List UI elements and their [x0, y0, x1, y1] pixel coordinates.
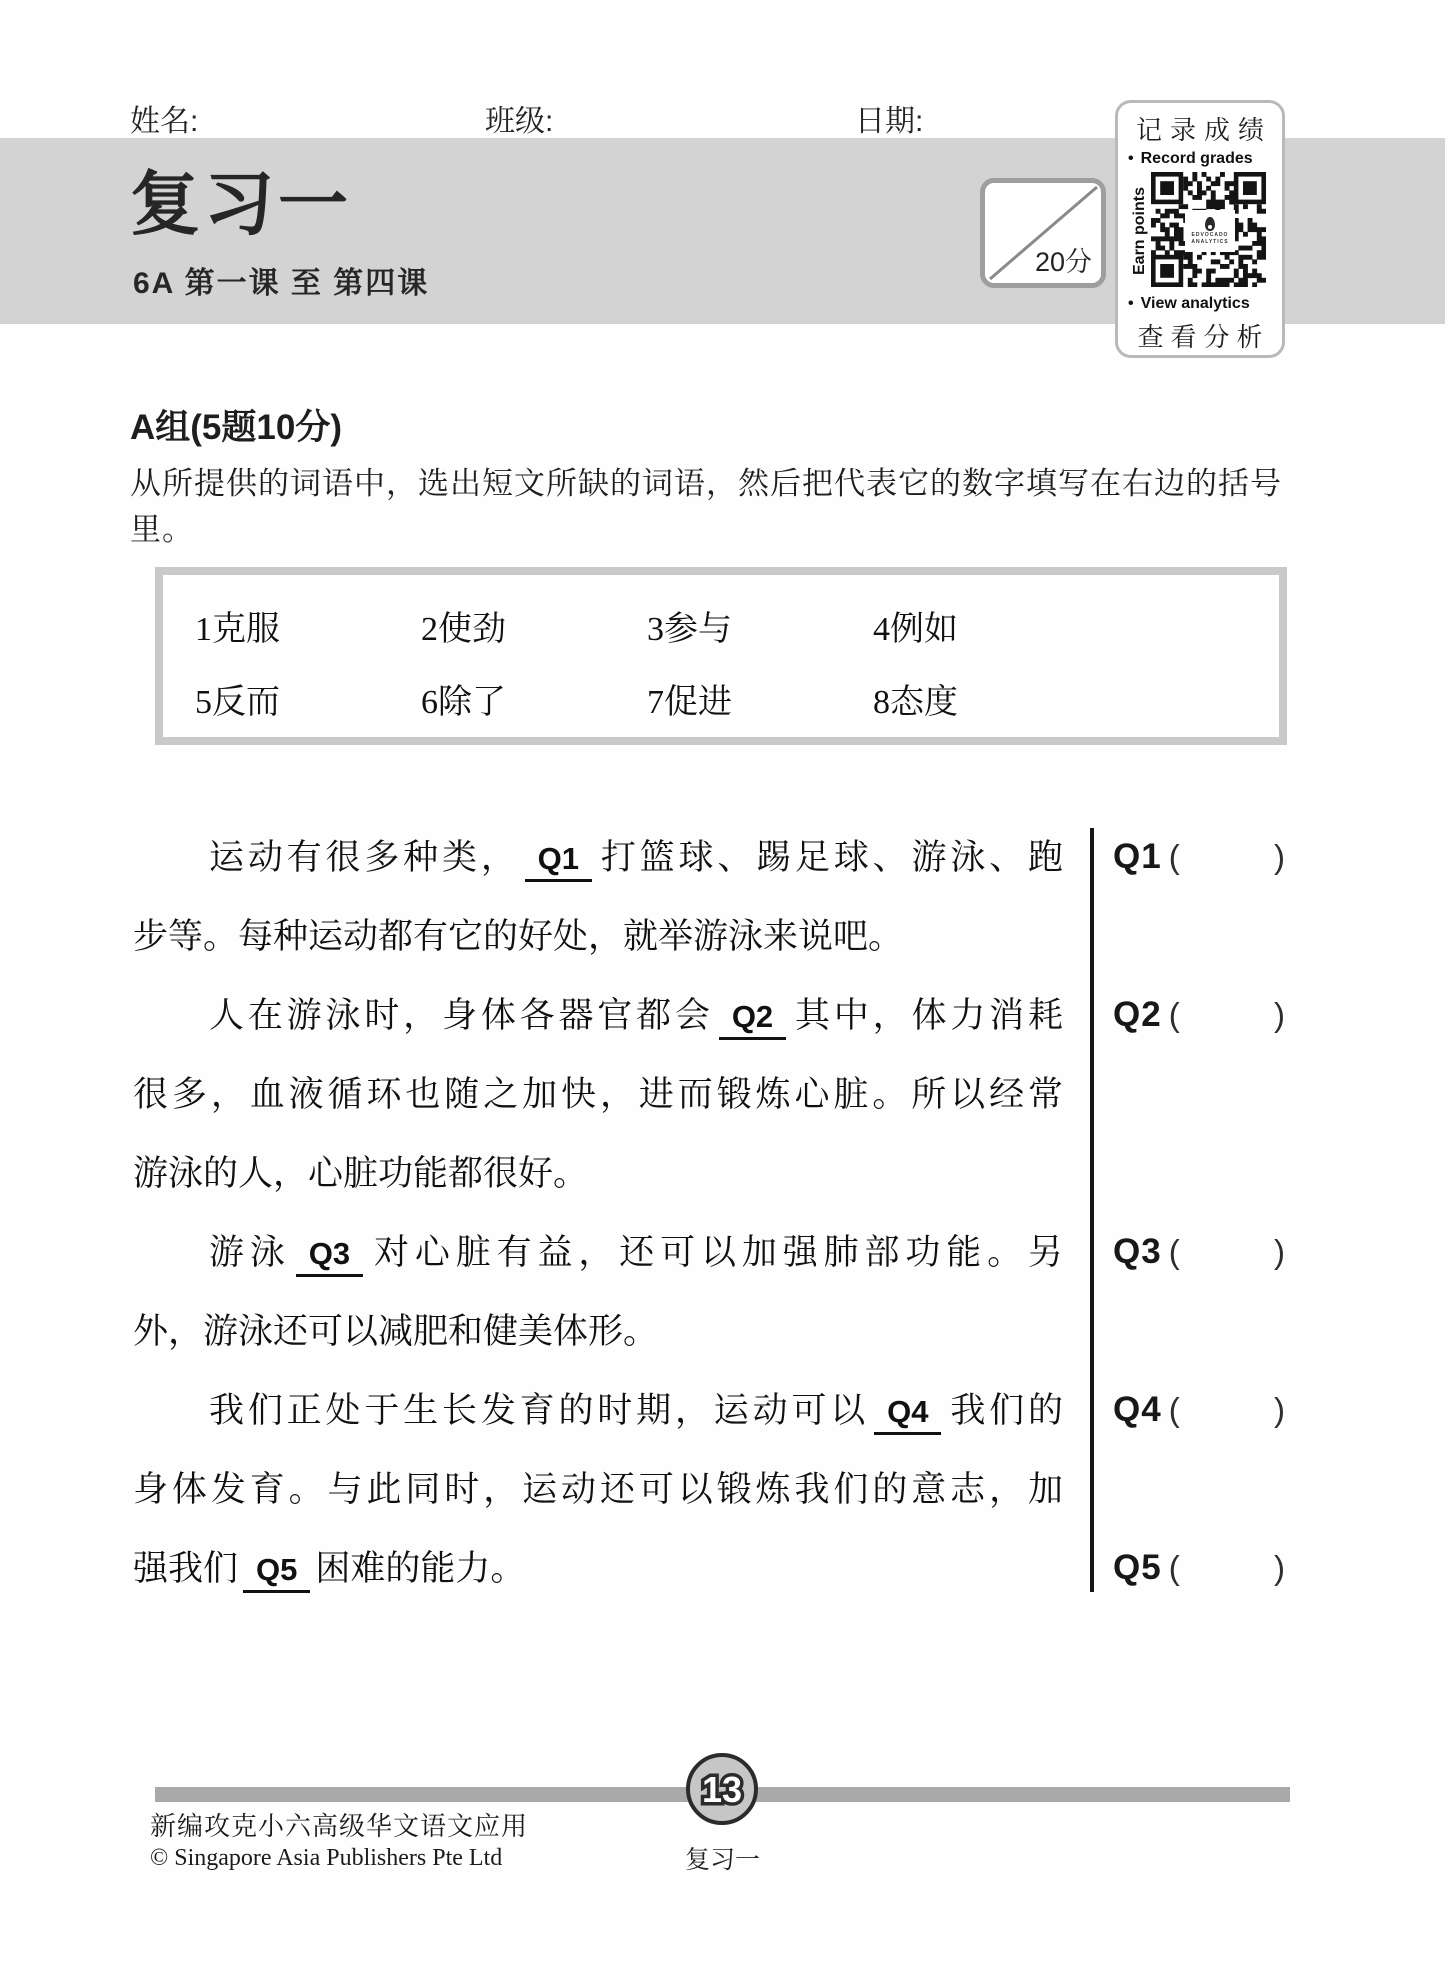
blank-label-q5: Q5	[243, 1550, 310, 1593]
instruction-line-2: 里。	[130, 504, 194, 549]
class-field-label: 班级:	[485, 96, 553, 140]
answer-row-q3: Q3 ( )	[1113, 1227, 1285, 1277]
close-bracket: )	[1274, 1549, 1285, 1587]
passage-text: 我们的	[946, 1391, 1063, 1430]
section-a-heading: A组(5题10分)	[130, 400, 342, 450]
page-title: 复习一	[130, 148, 352, 249]
open-bracket: (	[1169, 996, 1180, 1034]
qr-code: EDVOCADO ANALYTICS	[1151, 172, 1269, 290]
qr-view-analytics-label: View analytics	[1141, 295, 1250, 313]
answer-row-q4: Q4 ( )	[1113, 1385, 1285, 1435]
answer-column-divider	[1090, 828, 1094, 1592]
passage-text: 游泳的人，心脏功能都很好。	[133, 1154, 588, 1193]
word-bank-item: 8态度	[873, 664, 1099, 733]
passage-text: 困难的能力。	[315, 1549, 525, 1588]
blank-label-q4: Q4	[874, 1392, 941, 1435]
passage-text: 打篮球、踢足球、游泳、跑	[597, 838, 1063, 877]
qr-brand-line2: ANALYTICS	[1191, 239, 1228, 245]
footer-book-title: 新编攻克小六高级华文语文应用	[150, 1806, 528, 1843]
answer-label: Q4	[1113, 1390, 1162, 1430]
qr-record-grades-label: Record grades	[1141, 150, 1253, 168]
blank-label-q3: Q3	[296, 1234, 363, 1277]
passage-line: 外，游泳还可以减肥和健美体形。	[133, 1292, 1063, 1371]
close-bracket: )	[1274, 1233, 1285, 1271]
passage-text: 外，游泳还可以减肥和健美体形。	[133, 1312, 658, 1351]
name-field-label: 姓名:	[130, 96, 198, 140]
close-bracket: )	[1274, 838, 1285, 876]
passage-text: 对心脏有益，还可以加强肺部功能。另	[368, 1233, 1063, 1272]
passage-text: 步等。每种运动都有它的好处，就举游泳来说吧。	[133, 917, 903, 956]
footer-page-label: 复习一	[650, 1840, 795, 1876]
qr-brand-line1: EDVOCADO	[1192, 232, 1229, 238]
close-bracket: )	[1274, 1391, 1285, 1429]
passage-text: 运动有很多种类，	[209, 838, 520, 877]
passage-text: 游泳	[209, 1233, 291, 1272]
answer-row-q5: Q5 ( )	[1113, 1543, 1285, 1593]
close-bracket: )	[1274, 996, 1285, 1034]
footer-copyright: © Singapore Asia Publishers Pte Ltd	[150, 1845, 502, 1872]
bullet-icon: •	[1128, 150, 1134, 168]
page-subtitle: 6A 第一课 至 第四课	[133, 258, 429, 302]
qr-center-logo: EDVOCADO ANALYTICS	[1185, 210, 1235, 252]
passage-line: 我们正处于生长发育的时期，运动可以Q4我们的	[133, 1371, 1063, 1450]
answer-label: Q1	[1113, 837, 1162, 877]
passage-line: 强我们Q5困难的能力。	[133, 1529, 1063, 1608]
qr-analytics-panel: 记录成绩 • Record grades Earn points EDVOCAD…	[1115, 100, 1285, 358]
date-field-label: 日期:	[855, 96, 923, 140]
passage-text: 其中，体力消耗	[791, 996, 1063, 1035]
passage-line: 人在游泳时，身体各器官都会Q2其中，体力消耗	[133, 976, 1063, 1055]
passage-text: 人在游泳时，身体各器官都会	[209, 996, 714, 1035]
blank-label-q1: Q1	[525, 839, 592, 882]
word-bank-item: 2使劲	[421, 591, 647, 660]
passage-line: 很多，血液循环也随之加快，进而锻炼心脏。所以经常	[133, 1055, 1063, 1134]
passage-line: 步等。每种运动都有它的好处，就举游泳来说吧。	[133, 897, 1063, 976]
passage-line: 游泳的人，心脏功能都很好。	[133, 1134, 1063, 1213]
passage-line: 运动有很多种类，Q1打篮球、踢足球、游泳、跑	[133, 818, 1063, 897]
answer-label: Q5	[1113, 1548, 1162, 1588]
qr-earn-points-label: Earn points	[1131, 170, 1149, 292]
qr-record-grades-line: • Record grades	[1128, 150, 1253, 168]
avocado-icon	[1205, 217, 1215, 231]
passage-line: 游泳Q3对心脏有益，还可以加强肺部功能。另	[133, 1213, 1063, 1292]
open-bracket: (	[1169, 838, 1180, 876]
word-bank-item: 5反而	[195, 664, 421, 733]
open-bracket: (	[1169, 1391, 1180, 1429]
word-bank-item: 3参与	[647, 591, 873, 660]
qr-title-chinese: 记录成绩	[1136, 110, 1272, 147]
answer-row-q2: Q2 ( )	[1113, 990, 1285, 1040]
score-box: 20分	[980, 178, 1106, 288]
passage-text: 我们正处于生长发育的时期，运动可以	[209, 1391, 869, 1430]
passage-text: 身体发育。与此同时，运动还可以锻炼我们的意志，加	[133, 1470, 1063, 1509]
word-bank-box: 1克服 2使劲 3参与 4例如 5反而 6除了 7促进 8态度	[155, 567, 1287, 745]
open-bracket: (	[1169, 1549, 1180, 1587]
passage-text: 强我们	[133, 1549, 238, 1588]
answer-row-q1: Q1 ( )	[1113, 832, 1285, 882]
word-bank-item: 6除了	[421, 664, 647, 733]
bullet-icon: •	[1128, 295, 1134, 313]
qr-middle-row: Earn points EDVOCADO ANALYTICS	[1131, 170, 1269, 292]
word-bank-item: 1克服	[195, 591, 421, 660]
blank-label-q2: Q2	[719, 997, 786, 1040]
open-bracket: (	[1169, 1233, 1180, 1271]
answer-label: Q3	[1113, 1232, 1162, 1272]
page-number-badge: 13	[682, 1749, 762, 1829]
worksheet-page: 姓名: 班级: 日期: 复习一 6A 第一课 至 第四课 20分 记录成绩 • …	[0, 0, 1445, 1966]
word-bank-item: 7促进	[647, 664, 873, 733]
answer-label: Q2	[1113, 995, 1162, 1035]
passage-text: 很多，血液循环也随之加快，进而锻炼心脏。所以经常	[133, 1075, 1063, 1114]
instruction-line-1: 从所提供的词语中，选出短文所缺的词语，然后把代表它的数字填写在右边的括号	[130, 458, 1282, 503]
qr-view-analytics-line: • View analytics	[1128, 295, 1250, 313]
passage-line: 身体发育。与此同时，运动还可以锻炼我们的意志，加	[133, 1450, 1063, 1529]
score-label: 20分	[1035, 240, 1092, 279]
qr-footer-chinese: 查看分析	[1137, 317, 1269, 354]
word-bank-item: 4例如	[873, 591, 1099, 660]
page-number: 13	[702, 1769, 742, 1810]
